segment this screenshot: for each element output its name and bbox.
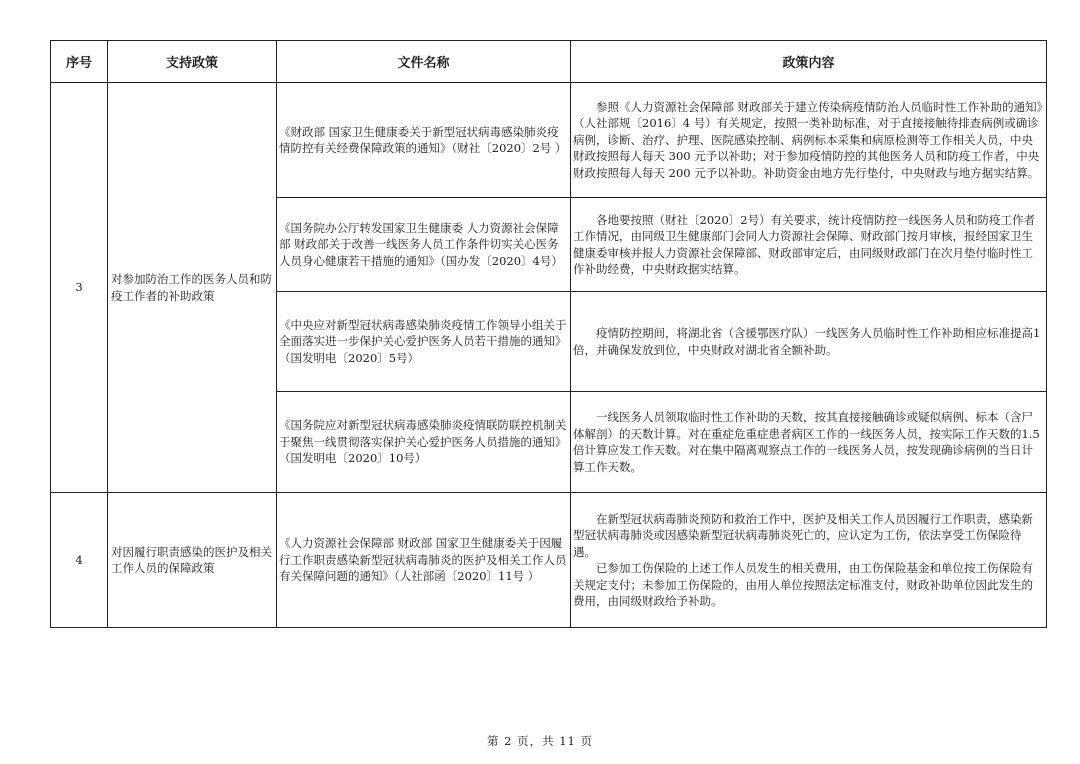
- document-name: 《中央应对新型冠状病毒感染肺炎疫情工作领导小组关于全面落实进一步保护关心爱护医务…: [277, 292, 571, 392]
- policy-name: 对参加防治工作的医务人员和防疫工作者的补助政策: [108, 83, 277, 493]
- table-row: 4 对因履行职责感染的医护及相关工作人员的保障政策 《人力资源社会保障部 财政部…: [51, 493, 1047, 628]
- header-policy: 支持政策: [108, 41, 277, 83]
- content-paragraph: 在新型冠状病毒肺炎预防和救治工作中，医护及相关工作人员因履行工作职责，感染新型冠…: [573, 511, 1044, 561]
- policy-content: 一线医务人员领取临时性工作补助的天数，按其直接接触确诊或疑似病例、标本（含尸体解…: [571, 392, 1047, 493]
- document-name: 《国务院办公厅转发国家卫生健康委 人力资源社会保障部 财政部关于改善一线医务人员…: [277, 198, 571, 292]
- table-header-row: 序号 支持政策 文件名称 政策内容: [51, 41, 1047, 83]
- header-number: 序号: [51, 41, 108, 83]
- policy-name: 对因履行职责感染的医护及相关工作人员的保障政策: [108, 493, 277, 628]
- policy-content: 疫情防控期间，将湖北省（含援鄂医疗队）一线医务人员临时性工作补助相应标准提高1倍…: [571, 292, 1047, 392]
- policy-content: 在新型冠状病毒肺炎预防和救治工作中，医护及相关工作人员因履行工作职责，感染新型冠…: [571, 493, 1047, 628]
- content-paragraph: 一线医务人员领取临时性工作补助的天数，按其直接接触确诊或疑似病例、标本（含尸体解…: [573, 409, 1044, 475]
- content-paragraph: 各地要按照（财社〔2020〕2号）有关要求，统计疫情防控一线医务人员和防疫工作者…: [573, 212, 1044, 278]
- policy-table: 序号 支持政策 文件名称 政策内容 3 对参加防治工作的医务人员和防疫工作者的补…: [50, 40, 1047, 628]
- content-paragraph: 参照《人力资源社会保障部 财政部关于建立传染病疫情防治人员临时性工作补助的通知》…: [573, 99, 1044, 182]
- policy-content: 参照《人力资源社会保障部 财政部关于建立传染病疫情防治人员临时性工作补助的通知》…: [571, 83, 1047, 198]
- document-name: 《财政部 国家卫生健康委关于新型冠状病毒感染肺炎疫情防控有关经费保障政策的通知》…: [277, 83, 571, 198]
- document-name: 《国务院应对新型冠状病毒感染肺炎疫情联防联控机制关于聚焦一线贯彻落实保护关心爱护…: [277, 392, 571, 493]
- content-paragraph: 疫情防控期间，将湖北省（含援鄂医疗队）一线医务人员临时性工作补助相应标准提高1倍…: [573, 325, 1044, 358]
- row-number: 4: [51, 493, 108, 628]
- content-paragraph: 已参加工伤保险的上述工作人员发生的相关费用，由工伤保险基金和单位按工伤保险有关规…: [573, 560, 1044, 610]
- page-number: 第 2 页，共 11 页: [0, 733, 1080, 749]
- table-row: 3 对参加防治工作的医务人员和防疫工作者的补助政策 《财政部 国家卫生健康委关于…: [51, 83, 1047, 198]
- header-content: 政策内容: [571, 41, 1047, 83]
- document-name: 《人力资源社会保障部 财政部 国家卫生健康委关于因履行工作职责感染新型冠状病毒肺…: [277, 493, 571, 628]
- policy-content: 各地要按照（财社〔2020〕2号）有关要求，统计疫情防控一线医务人员和防疫工作者…: [571, 198, 1047, 292]
- row-number: 3: [51, 83, 108, 493]
- header-document: 文件名称: [277, 41, 571, 83]
